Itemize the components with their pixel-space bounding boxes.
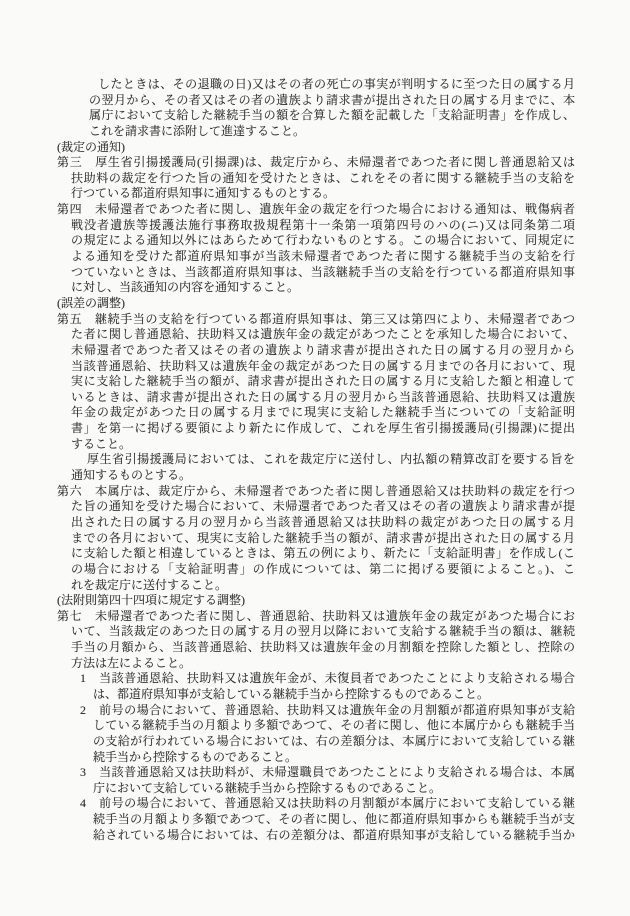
- section-label: (裁定の通知): [57, 140, 575, 156]
- text-line: 庁において支給している継続手当から控除するものであること。: [93, 781, 575, 797]
- text-line: の翌月から、その者又はその者の遺族より請求書が提出された日の属する月までに、本: [89, 93, 575, 109]
- text-line: 厚生省引揚援護局においては、これを裁定庁に送付し、内払額の精算改訂を要する旨を: [87, 452, 575, 468]
- paragraph: 第四 未帰還者であつた者に関し、遺族年金の裁定を行つた場合における通知は、戦傷病…: [57, 202, 575, 296]
- list-item: 3 当該普通恩給又は扶助料が、未帰還職員であつたことにより支給される場合は、本属…: [57, 765, 575, 796]
- paragraph: 第三 厚生省引揚援護局(引揚課)は、裁定庁から、未帰還者であつた者に関し普通恩給…: [57, 155, 575, 202]
- text-line: の支給が行われている場合においては、右の差額分は、本属庁において支給している継: [93, 734, 575, 750]
- list-item: 4 前号の場合において、普通恩給又は扶助料の月割額が本属庁において支給している継…: [57, 796, 575, 843]
- text-line: 第五 継続手当の支給を行つている都道府県知事は、第三又は第四により、未帰還者であ…: [57, 312, 575, 328]
- text-line: つていないときは、当該都道府県知事は、当該継続手当の支給を行つている都道府県知事: [71, 265, 575, 281]
- text-line: 第三 厚生省引揚援護局(引揚課)は、裁定庁から、未帰還者であつた者に関し普通恩給…: [57, 155, 575, 171]
- paragraph: 第五 継続手当の支給を行つている都道府県知事は、第三又は第四により、未帰還者であ…: [57, 312, 575, 453]
- text-line: の規定による通知以外にはあらためて行わないものとする。この場合において、同規定に: [71, 233, 575, 249]
- text-line: 3 当該普通恩給又は扶助料が、未帰還職員であつたことにより支給される場合は、本属: [80, 765, 575, 781]
- text-line: よる通知を受けた都道府県知事が当該未帰還者であつた者に関する継続手当の支給を行: [71, 249, 575, 265]
- list-item: 1 当該普通恩給、扶助料又は遺族年金が、未復員者であつたことにより支給される場合…: [57, 671, 575, 702]
- text-line: している継続手当の月額より多額であつて、その者に関し、他に本属庁からも継続手当: [93, 718, 575, 734]
- text-line: 当該普通恩給、扶助料又は遺族年金の裁定があつた日の属する月までの各月において、現: [71, 359, 575, 375]
- text-line: 第四 未帰還者であつた者に関し、遺族年金の裁定を行つた場合における通知は、戦傷病…: [57, 202, 575, 218]
- text-line: 第七 未帰還者であつた者に関し、普通恩給、扶助料又は遺族年金の裁定があつた場合に…: [57, 609, 575, 625]
- text-line: 属庁において支給した継続手当の額を合算した額を記載した「支給証明書」を作成し、: [89, 108, 575, 124]
- text-line: 給されている場合においては、右の差額分は、都道府県知事が支給している継続手当か: [93, 828, 575, 844]
- text-line: (裁定の通知): [57, 140, 575, 156]
- text-line: の場合における「支給証明書」の作成については、第二に掲げる要領によること。)、こ: [71, 562, 575, 578]
- text-line: 1 当該普通恩給、扶助料又は遺族年金が、未復員者であつたことにより支給される場合: [80, 671, 575, 687]
- text-line: た者に関し普通恩給、扶助料又は遺族年金の裁定があつたことを承知した場合において、: [71, 327, 575, 343]
- text-line: 続手当の月額より多額であつて、その者に関し、他に都道府県知事からも継続手当が支: [93, 812, 575, 828]
- text-line: 続手当から控除するものであること。: [93, 750, 575, 766]
- paragraph: 第七 未帰還者であつた者に関し、普通恩給、扶助料又は遺族年金の裁定があつた場合に…: [57, 609, 575, 672]
- section-label: (法附則第四十四項に規定する調整): [57, 593, 575, 609]
- text-line: これを請求書に添附して進達すること。: [89, 124, 575, 140]
- section-label: (誤差の調整): [57, 296, 575, 312]
- text-line: (誤差の調整): [57, 296, 575, 312]
- text-line: 未帰還者であつた者又はその者の遺族より請求書が提出された日の属する月の翌月から: [71, 343, 575, 359]
- document-body: したときは、その退職の日)又はその者の死亡の事実が判明するに至つた日の属する月の…: [57, 77, 575, 843]
- text-line: 方法は左によること。: [71, 656, 575, 672]
- paragraph: したときは、その退職の日)又はその者の死亡の事実が判明するに至つた日の属する月の…: [57, 77, 575, 140]
- text-line: に支給した額と相違しているときは、第五の例により、新たに「支給証明書」を作成し(…: [71, 546, 575, 562]
- text-line: 4 前号の場合において、普通恩給又は扶助料の月割額が本属庁において支給している継: [80, 796, 575, 812]
- text-line: 年金の裁定があつた日の属する月までに現実に支給した継続手当についての「支給証明: [71, 405, 575, 421]
- text-line: (法附則第四十四項に規定する調整): [57, 593, 575, 609]
- text-line: すること。: [71, 437, 575, 453]
- list-item: 2 前号の場合において、普通恩給、扶助料又は遺族年金の月割額が都道府県知事が支給…: [57, 703, 575, 766]
- text-line: 2 前号の場合において、普通恩給、扶助料又は遺族年金の月割額が都道府県知事が支給: [80, 703, 575, 719]
- text-line: 扶助料の裁定を行つた旨の通知を受けたときは、これをその者に関する継続手当の支給を: [71, 171, 575, 187]
- paragraph: 第六 本属庁は、裁定庁から、未帰還者であつた者に関し普通恩給又は扶助料の裁定を行…: [57, 484, 575, 593]
- text-line: いて、当該裁定のあつた日の属する月の翌月以降において支給する継続手当の額は、継続: [71, 624, 575, 640]
- text-line: に対し、当該通知の内容を通知すること。: [71, 280, 575, 296]
- text-line: 書」を第一に掲げる要領により新たに作成して、これを厚生省引揚援護局(引揚課)に提…: [71, 421, 575, 437]
- paragraph: 厚生省引揚援護局においては、これを裁定庁に送付し、内払額の精算改訂を要する旨を通…: [57, 452, 575, 483]
- text-line: た旨の通知を受けた場合において、未帰還者であつた者又はその者の遺族より請求書が提: [71, 499, 575, 515]
- text-line: 行つている都道府県知事に通知するものとする。: [71, 186, 575, 202]
- text-line: 出された日の属する月の翌月から当該普通恩給又は扶助料の裁定があつた日の属する月: [71, 515, 575, 531]
- text-line: 戦没者遺族等援護法施行事務取扱規程第十一条第一項第四号のハの(ニ)又は同条第二項: [71, 218, 575, 234]
- text-line: 実に支給した継続手当の額が、請求書が提出された日の属する月に支給した額と相違して: [71, 374, 575, 390]
- text-line: 第六 本属庁は、裁定庁から、未帰還者であつた者に関し普通恩給又は扶助料の裁定を行…: [57, 484, 575, 500]
- text-line: 通知するものとする。: [71, 468, 575, 484]
- text-line: れを裁定庁に送付すること。: [71, 578, 575, 594]
- document-page: したときは、その退職の日)又はその者の死亡の事実が判明するに至つた日の属する月の…: [0, 0, 630, 916]
- text-line: 手当の月額から、当該普通恩給、扶助料又は遺族年金の月割額を控除した額とし、控除の: [71, 640, 575, 656]
- text-line: したときは、その退職の日)又はその者の死亡の事実が判明するに至つた日の属する月: [98, 77, 575, 93]
- text-line: は、都道府県知事が支給している継続手当から控除するものであること。: [93, 687, 575, 703]
- text-line: までの各月において、現実に支給した継続手当の額が、請求書が提出された日の属する月: [71, 531, 575, 547]
- text-line: いるときは、請求書が提出された日の属する月の翌月から当該普通恩給、扶助料又は遺族: [71, 390, 575, 406]
